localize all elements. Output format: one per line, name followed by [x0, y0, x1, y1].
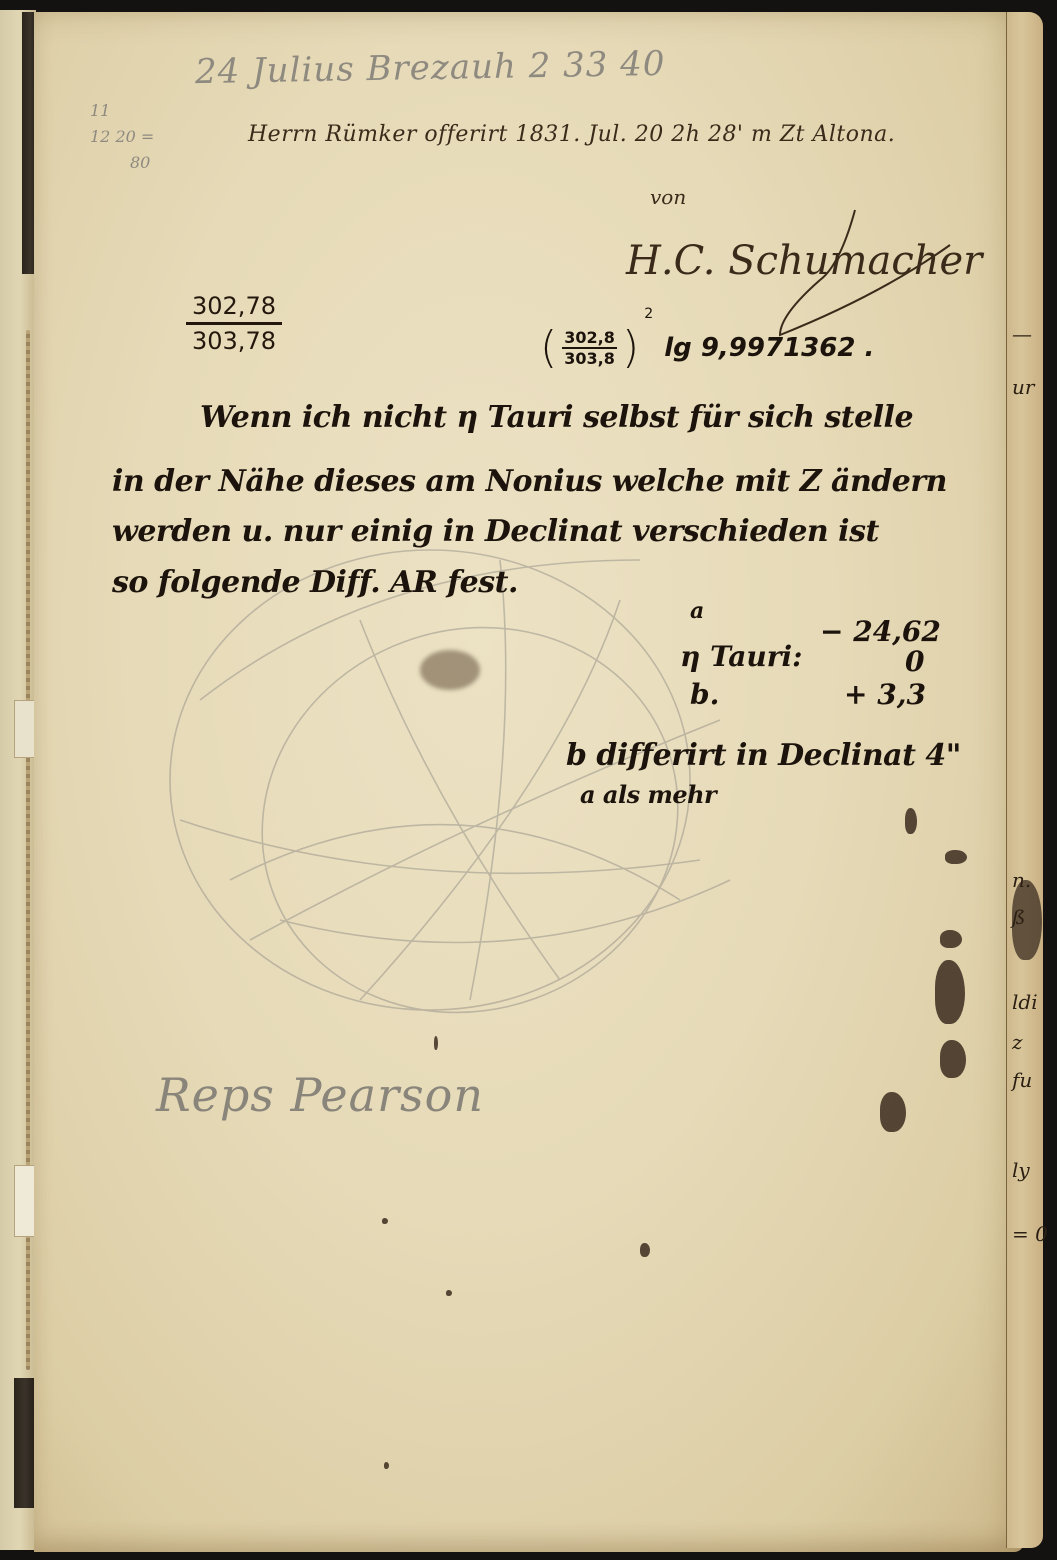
margin-pencil-note: 11 12 20 = 80: [90, 98, 154, 176]
paragraph-line: so folgende Diff. AR fest.: [112, 565, 518, 600]
pencil-footer-note: Reps Pearson: [156, 1068, 484, 1122]
edge-fragment: —: [1012, 322, 1032, 346]
table-row-label: b.: [690, 678, 719, 711]
ink-blot: [940, 930, 962, 948]
formula-denominator: 303,8: [564, 349, 615, 368]
ink-blot: [935, 960, 965, 1024]
ink-spot: [434, 1036, 438, 1050]
formula-result: lg 9,9971362 .: [664, 333, 874, 363]
ink-blot: [880, 1092, 906, 1132]
ink-blot: [905, 808, 917, 834]
ink-blot: [945, 850, 967, 864]
margin-note-line: 12 20 =: [90, 124, 154, 150]
declination-note-sub: a als mehr: [580, 780, 716, 809]
table-row-value: + 3,3: [844, 678, 926, 711]
table-row-label: η Tauri:: [680, 640, 803, 673]
edge-fragment: z: [1012, 1030, 1023, 1054]
margin-note-line: 11: [90, 98, 154, 124]
open-paren: (: [540, 322, 557, 373]
edge-fragment: ldi: [1012, 990, 1038, 1014]
table-row-value: 0: [905, 645, 924, 678]
margin-note-line: 80: [90, 150, 154, 176]
table-row-label: a: [690, 598, 704, 624]
von-label: von: [650, 185, 686, 209]
dedication-line: Herrn Rümker offerirt 1831. Jul. 20 2h 2…: [248, 122, 895, 147]
edge-fragment: n.: [1012, 868, 1031, 892]
ink-spot: [446, 1290, 452, 1296]
formula-exponent: 2: [644, 306, 653, 322]
edge-fragment: ur: [1012, 375, 1034, 399]
paragraph-line: in der Nähe dieses am Nonius welche mit …: [112, 464, 947, 499]
faint-stain: [420, 650, 480, 690]
edge-fragment: ß: [1012, 905, 1025, 929]
ink-blot: [940, 1040, 966, 1078]
ink-blot: [640, 1243, 650, 1257]
table-row-value: − 24,62: [820, 615, 941, 648]
paragraph-line: werden u. nur einig in Declinat verschie…: [112, 514, 879, 549]
edge-fragment: fu: [1012, 1068, 1032, 1092]
declination-note: b differirt in Declinat 4": [566, 738, 961, 773]
log-formula: ( 302,8 303,8 ) 2 lg 9,9971362 .: [540, 322, 874, 373]
fraction-numerator: 302,78: [186, 292, 282, 325]
edge-fragment: = 0: [1012, 1222, 1048, 1246]
fraction-denominator: 303,78: [186, 325, 282, 355]
formula-fraction: 302,8 303,8: [562, 328, 617, 368]
pencil-header-note: 24 Julius Brezauh 2 33 40: [195, 44, 666, 92]
edge-fragment: ly: [1012, 1158, 1030, 1182]
close-paren: ): [622, 322, 639, 373]
fraction-left: 302,78 303,78: [186, 292, 282, 355]
ink-spot: [384, 1462, 389, 1469]
ink-spot: [382, 1218, 388, 1224]
formula-numerator: 302,8: [562, 328, 617, 349]
paragraph-line: Wenn ich nicht η Tauri selbst für sich s…: [200, 400, 913, 435]
